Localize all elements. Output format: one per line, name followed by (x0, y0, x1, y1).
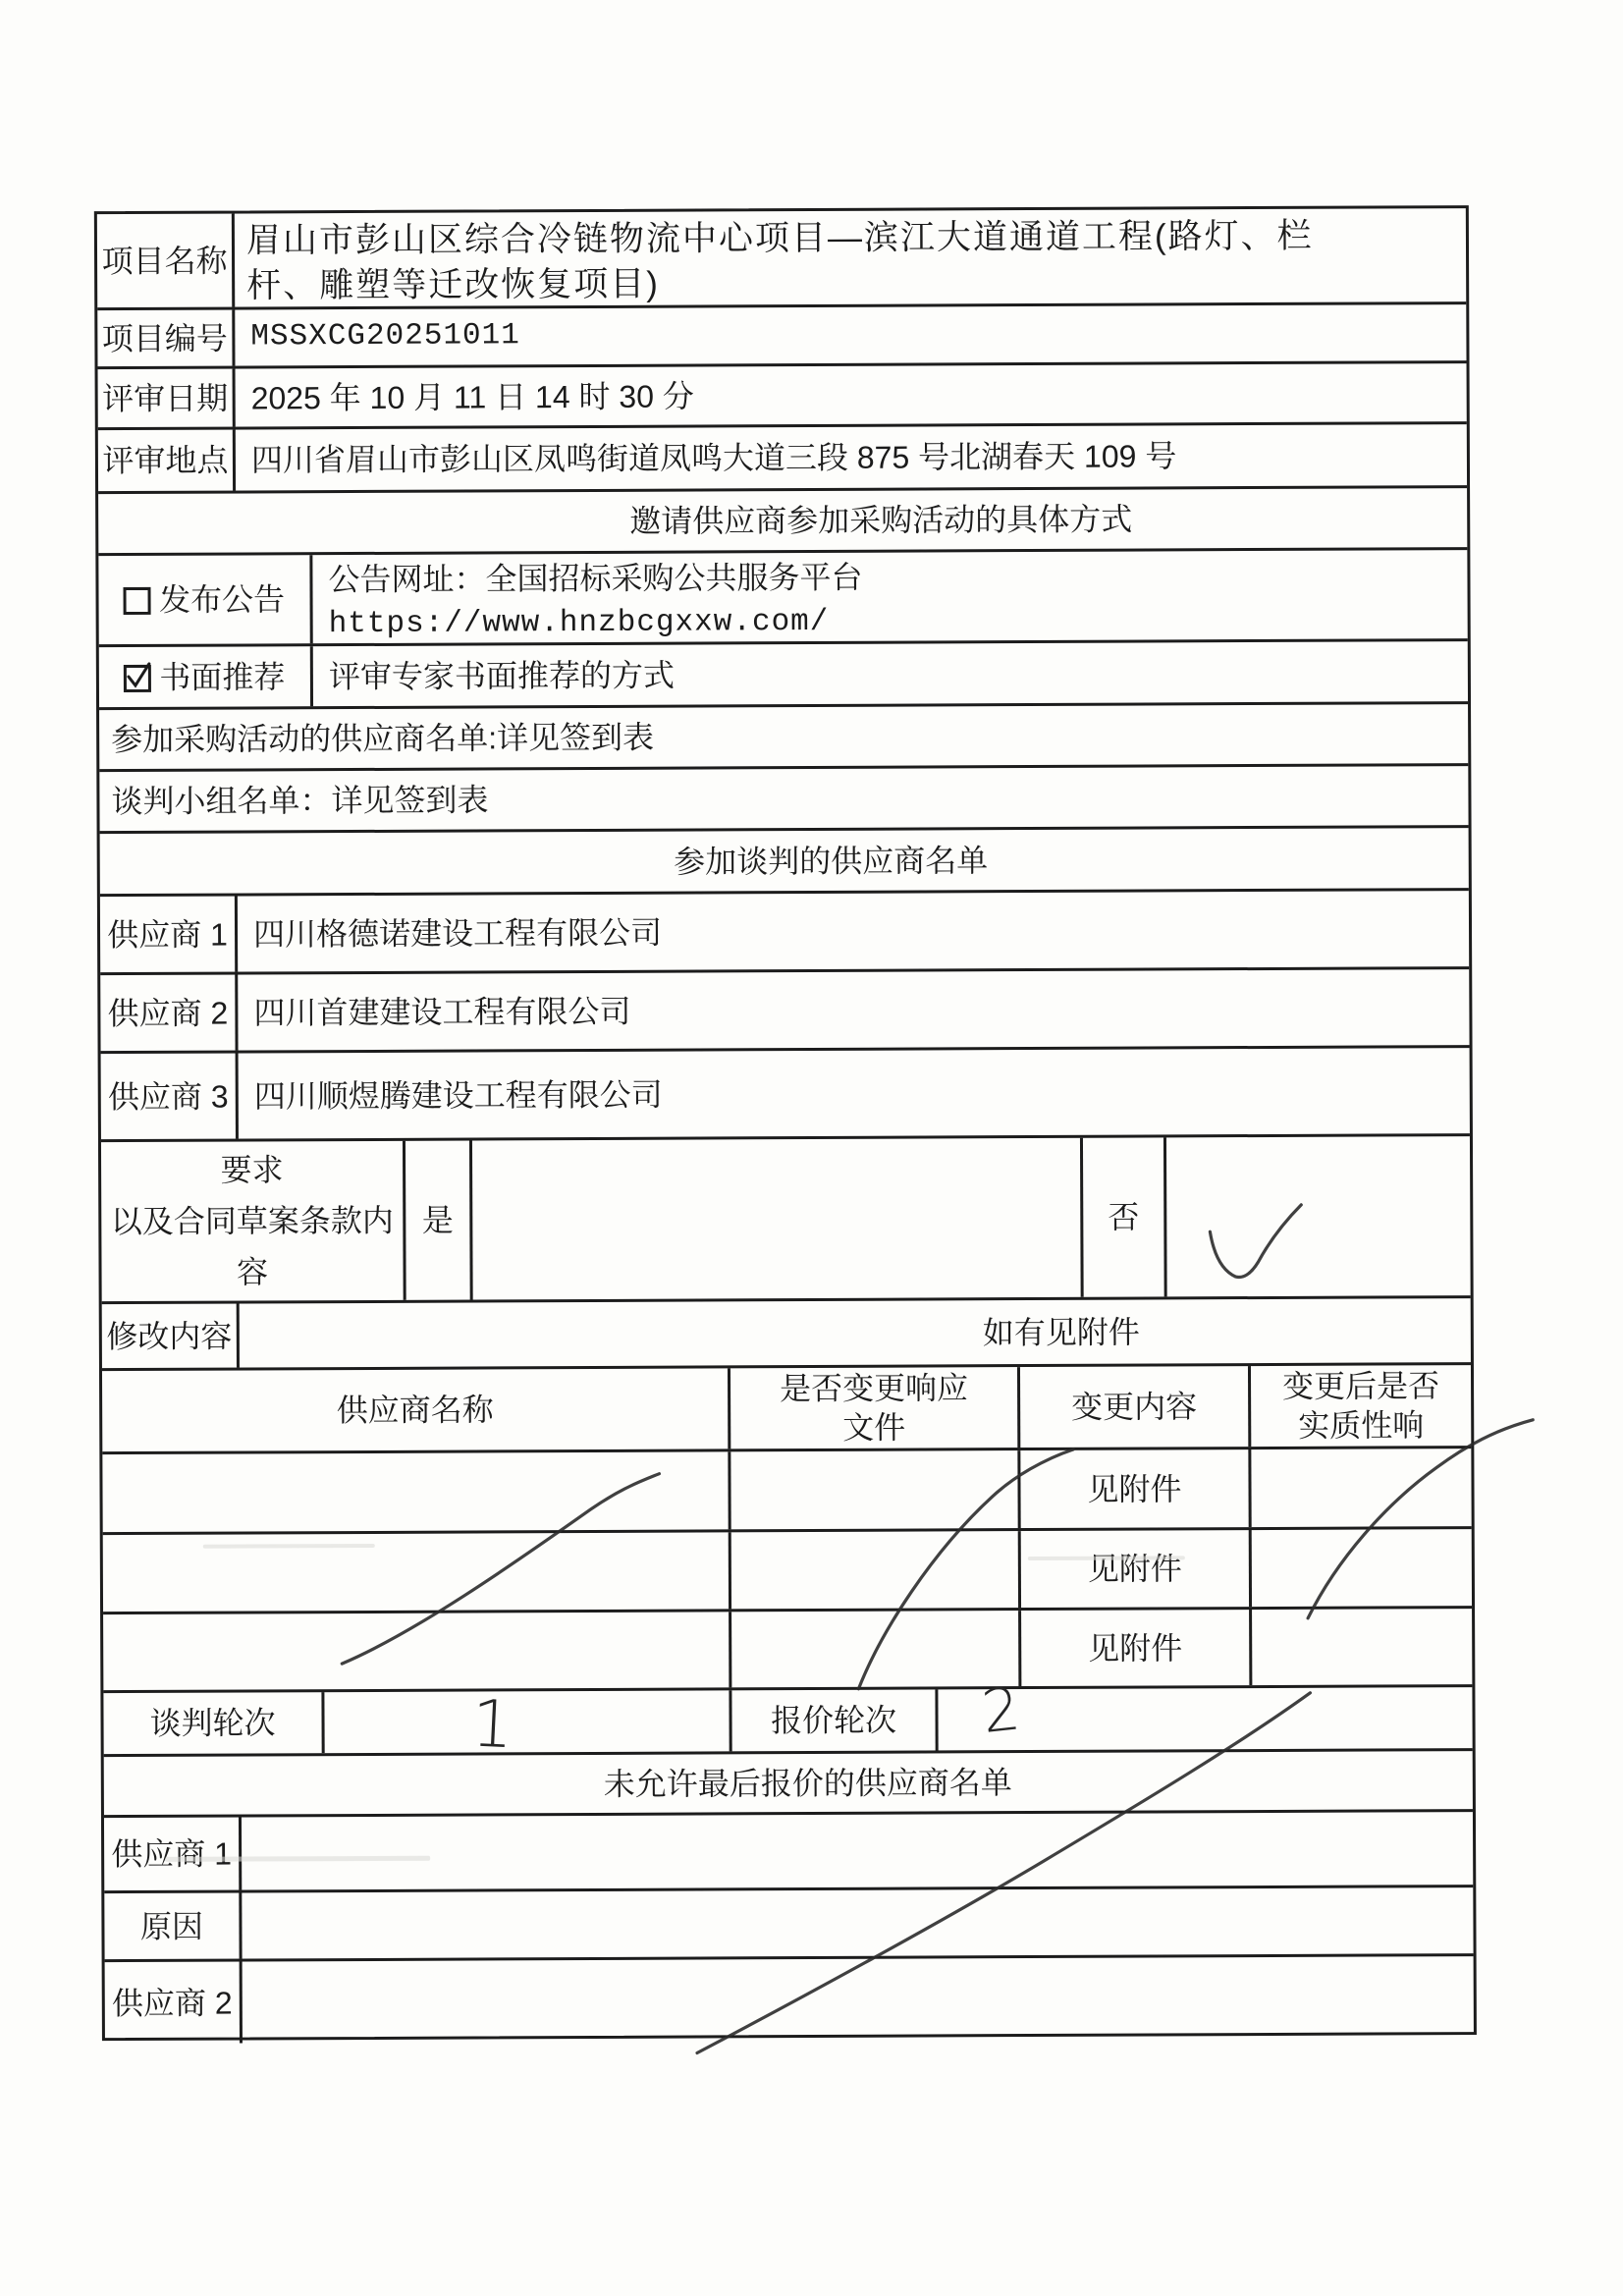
handwritten-quote-rounds: 2 (979, 1674, 1024, 1747)
not-allowed-supplier-1-label: 供应商 1 (104, 1818, 242, 1891)
scan-smudge (1028, 1556, 1185, 1560)
not-allowed-supplier-2-value (243, 1956, 1474, 2043)
scanned-document-page: 项目名称 眉山市彭山区综合冷链物流中心项目—滨江大道通道工程(路灯、栏杆、雕塑等… (0, 0, 1623, 2296)
row-modify-content: 修改内容 如有见附件 (102, 1298, 1471, 1371)
row-rounds: 谈判轮次 报价轮次 (103, 1687, 1472, 1757)
project-no-label: 项目编号 (97, 310, 235, 367)
row-panel-list: 谈判小组名单：详见签到表 (99, 766, 1468, 834)
row-attendee-list: 参加采购活动的供应商名单:详见签到表 (99, 704, 1468, 772)
row-invite-header: 邀请供应商参加采购活动的具体方式 (98, 488, 1467, 556)
supplier-3-name: 四川顺煜腾建设工程有限公司 (239, 1048, 1470, 1138)
change-3-changed (731, 1611, 1021, 1687)
checkbox-check-icon (122, 658, 155, 691)
scan-smudge (203, 1544, 375, 1549)
review-place-label: 评审地点 (98, 430, 236, 492)
announce-detail: 公告网址：全国招标采购公共服务平台https://www.hnzbcgxxw.c… (312, 550, 1467, 643)
supplier-row-1: 供应商 1 四川格德诺建设工程有限公司 (100, 891, 1469, 975)
change-2-content: 见附件 (1021, 1530, 1252, 1608)
change-row-3: 见附件 (103, 1609, 1472, 1693)
announce-url-title: 公告网址：全国招标采购公共服务平台 (328, 560, 862, 597)
not-allowed-supplier-1-value (242, 1812, 1473, 1889)
invite-method-header: 邀请供应商参加采购活动的具体方式 (98, 488, 1467, 553)
announce-checkbox-unchecked (124, 587, 151, 615)
reason-value (242, 1887, 1473, 1958)
review-date-value: 2025 年 10 月 11 日 14 时 30 分 (236, 363, 1467, 426)
panel-list-text: 谈判小组名单：详见签到表 (99, 766, 1468, 831)
change-row-1: 见附件 (102, 1449, 1471, 1535)
modify-no-label: 否 (1083, 1137, 1167, 1296)
modify-yes-label: 是 (406, 1141, 473, 1300)
project-name-value: 眉山市彭山区综合冷链物流中心项目—滨江大道通道工程(路灯、栏杆、雕塑等迁改恢复项… (235, 208, 1466, 306)
change-2-substantive (1252, 1529, 1472, 1607)
row-project-name: 项目名称 眉山市彭山区综合冷链物流中心项目—滨江大道通道工程(路灯、栏杆、雕塑等… (97, 208, 1466, 310)
row-written-rec: 书面推荐 评审专家书面推荐的方式 (99, 641, 1468, 710)
change-2-changed (731, 1531, 1021, 1609)
record-form-table: 项目名称 眉山市彭山区综合冷链物流中心项目—滨江大道通道工程(路灯、栏杆、雕塑等… (94, 205, 1477, 2041)
project-name-label: 项目名称 (97, 214, 235, 308)
supplier-row-3: 供应商 3 四川顺煜腾建设工程有限公司 (101, 1048, 1470, 1142)
modify-content-label: 修改内容 (102, 1304, 240, 1369)
written-rec-option: 书面推荐 (99, 646, 313, 707)
not-allowed-supplier-2-row: 供应商 2 (105, 1956, 1474, 2044)
project-no-value: MSSXCG20251011 (235, 304, 1466, 365)
negotiation-rounds-value-cell (324, 1690, 731, 1753)
col-header-supplier-name: 供应商名称 (102, 1368, 730, 1451)
row-project-no: 项目编号 MSSXCG20251011 (97, 304, 1466, 369)
not-allowed-header: 未允许最后报价的供应商名单 (104, 1751, 1473, 1815)
review-date-label: 评审日期 (98, 369, 236, 428)
supplier-2-name: 四川首建建设工程有限公司 (238, 969, 1469, 1050)
row-announce: 发布公告 公告网址：全国招标采购公共服务平台https://www.hnzbcg… (98, 550, 1467, 647)
handwritten-negotiation-rounds: 1 (470, 1685, 515, 1763)
reason-row: 原因 (104, 1887, 1473, 1962)
change-1-content: 见附件 (1020, 1449, 1251, 1528)
row-modify-question: 采购项目技术、服务要求以及合同草案条款内容是否修改 是 否 (101, 1136, 1471, 1304)
change-2-supplier (103, 1532, 731, 1612)
row-negotiation-header: 参加谈判的供应商名单 (100, 828, 1469, 897)
supplier-row-2: 供应商 2 四川首建建设工程有限公司 (100, 969, 1469, 1054)
col-header-response-changed: 是否变更响应文件 (730, 1367, 1020, 1449)
row-review-place: 评审地点 四川省眉山市彭山区凤鸣街道凤鸣大道三段 875 号北湖春天 109 号 (98, 424, 1467, 494)
announce-label: 发布公告 (159, 581, 285, 618)
change-1-changed (730, 1450, 1020, 1529)
attendee-list-text: 参加采购活动的供应商名单:详见签到表 (99, 704, 1468, 769)
supplier-1-name: 四川格德诺建设工程有限公司 (238, 891, 1469, 971)
change-3-supplier (103, 1612, 731, 1690)
modify-content-value: 如有见附件 (240, 1298, 1471, 1367)
written-rec-label: 书面推荐 (159, 659, 285, 695)
announce-option: 发布公告 (98, 555, 312, 644)
review-place-value: 四川省眉山市彭山区凤鸣街道凤鸣大道三段 875 号北湖春天 109 号 (236, 424, 1467, 490)
row-review-date: 评审日期 2025 年 10 月 11 日 14 时 30 分 (98, 363, 1467, 430)
modify-yes-answer-cell (472, 1138, 1084, 1300)
negotiation-suppliers-header: 参加谈判的供应商名单 (100, 828, 1469, 894)
row-not-allowed-header: 未允许最后报价的供应商名单 (104, 1751, 1473, 1818)
change-3-substantive (1252, 1609, 1472, 1685)
col-header-substantive: 变更后是否实质性响 (1251, 1365, 1471, 1447)
modify-question-label: 采购项目技术、服务要求以及合同草案条款内容是否修改 (101, 1141, 406, 1301)
not-allowed-supplier-1-row: 供应商 1 (104, 1812, 1473, 1893)
not-allowed-supplier-2-label: 供应商 2 (105, 1962, 243, 2045)
change-row-2: 见附件 (103, 1529, 1472, 1614)
reason-label: 原因 (104, 1893, 242, 1960)
change-1-substantive (1251, 1449, 1471, 1527)
change-table-header-row: 供应商名称 是否变更响应文件 变更内容 变更后是否实质性响 (102, 1365, 1471, 1454)
col-header-change-content: 变更内容 (1020, 1366, 1251, 1448)
supplier-2-label: 供应商 2 (100, 975, 238, 1052)
change-1-supplier (102, 1451, 730, 1532)
quote-rounds-label: 报价轮次 (731, 1689, 938, 1751)
written-rec-checkbox-checked (124, 664, 151, 691)
written-rec-value: 评审专家书面推荐的方式 (313, 641, 1468, 706)
change-3-content: 见附件 (1021, 1610, 1252, 1686)
negotiation-rounds-label: 谈判轮次 (103, 1692, 324, 1754)
supplier-1-label: 供应商 1 (100, 897, 238, 973)
announce-url: https://www.hnzbcgxxw.com/ (329, 605, 830, 641)
scan-area: 项目名称 眉山市彭山区综合冷链物流中心项目—滨江大道通道工程(路灯、栏杆、雕塑等… (0, 0, 1623, 2296)
supplier-3-label: 供应商 3 (101, 1054, 239, 1140)
modify-no-answer-cell (1166, 1136, 1471, 1296)
